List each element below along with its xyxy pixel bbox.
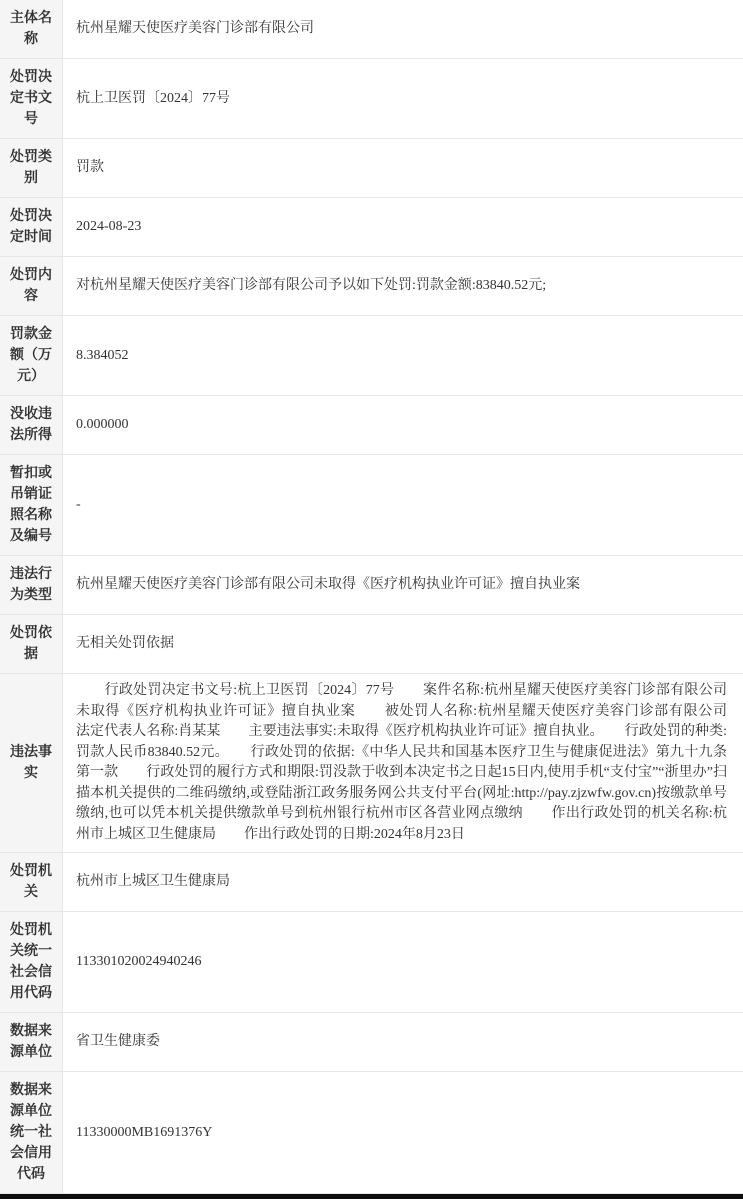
table-row: 处罚决定书文号 杭上卫医罚〔2024〕77号 bbox=[0, 59, 743, 139]
row-label: 违法行为类型 bbox=[0, 556, 63, 614]
row-value: 8.384052 bbox=[63, 316, 743, 395]
row-label: 数据来源单位 bbox=[0, 1013, 63, 1071]
table-row: 违法事实 行政处罚决定书文号:杭上卫医罚〔2024〕77号 案件名称:杭州星耀天… bbox=[0, 674, 743, 853]
row-value: 行政处罚决定书文号:杭上卫医罚〔2024〕77号 案件名称:杭州星耀天使医疗美容… bbox=[63, 674, 743, 852]
row-value: 0.000000 bbox=[63, 396, 743, 454]
row-value: 无相关处罚依据 bbox=[63, 615, 743, 673]
row-label: 处罚机关统一社会信用代码 bbox=[0, 912, 63, 1012]
penalty-record-table: 主体名称 杭州星耀天使医疗美容门诊部有限公司 处罚决定书文号 杭上卫医罚〔202… bbox=[0, 0, 743, 1194]
table-row: 处罚类别 罚款 bbox=[0, 139, 743, 198]
row-value: 11330000MB1691376Y bbox=[63, 1072, 743, 1193]
row-label: 违法事实 bbox=[0, 674, 63, 852]
row-value: 2024-08-23 bbox=[63, 198, 743, 256]
table-row: 罚款金额（万元） 8.384052 bbox=[0, 316, 743, 396]
row-value: 省卫生健康委 bbox=[63, 1013, 743, 1071]
row-value: 罚款 bbox=[63, 139, 743, 197]
table-row: 处罚内容 对杭州星耀天使医疗美容门诊部有限公司予以如下处罚:罚款金额:83840… bbox=[0, 257, 743, 316]
table-row: 数据来源单位 省卫生健康委 bbox=[0, 1013, 743, 1072]
table-row: 处罚决定时间 2024-08-23 bbox=[0, 198, 743, 257]
table-row: 没收违法所得 0.000000 bbox=[0, 396, 743, 455]
row-value: 杭州星耀天使医疗美容门诊部有限公司 bbox=[63, 0, 743, 58]
row-label: 处罚决定书文号 bbox=[0, 59, 63, 138]
row-label: 处罚内容 bbox=[0, 257, 63, 315]
bottom-bar bbox=[0, 1194, 743, 1199]
row-label: 处罚机关 bbox=[0, 853, 63, 911]
row-label: 罚款金额（万元） bbox=[0, 316, 63, 395]
row-value: 杭州星耀天使医疗美容门诊部有限公司未取得《医疗机构执业许可证》擅自执业案 bbox=[63, 556, 743, 614]
row-value: 113301020024940246 bbox=[63, 912, 743, 1012]
row-label: 处罚类别 bbox=[0, 139, 63, 197]
row-label: 没收违法所得 bbox=[0, 396, 63, 454]
row-label: 数据来源单位统一社会信用代码 bbox=[0, 1072, 63, 1193]
row-label: 处罚依据 bbox=[0, 615, 63, 673]
row-value: 杭上卫医罚〔2024〕77号 bbox=[63, 59, 743, 138]
row-value: 对杭州星耀天使医疗美容门诊部有限公司予以如下处罚:罚款金额:83840.52元; bbox=[63, 257, 743, 315]
table-row: 处罚依据 无相关处罚依据 bbox=[0, 615, 743, 674]
table-row: 暂扣或吊销证照名称及编号 - bbox=[0, 455, 743, 556]
row-value: 杭州市上城区卫生健康局 bbox=[63, 853, 743, 911]
row-value: - bbox=[63, 455, 743, 555]
table-row: 处罚机关统一社会信用代码 113301020024940246 bbox=[0, 912, 743, 1013]
table-row: 处罚机关 杭州市上城区卫生健康局 bbox=[0, 853, 743, 912]
table-row: 违法行为类型 杭州星耀天使医疗美容门诊部有限公司未取得《医疗机构执业许可证》擅自… bbox=[0, 556, 743, 615]
row-label: 暂扣或吊销证照名称及编号 bbox=[0, 455, 63, 555]
row-label: 主体名称 bbox=[0, 0, 63, 58]
row-label: 处罚决定时间 bbox=[0, 198, 63, 256]
table-row: 主体名称 杭州星耀天使医疗美容门诊部有限公司 bbox=[0, 0, 743, 59]
table-row: 数据来源单位统一社会信用代码 11330000MB1691376Y bbox=[0, 1072, 743, 1194]
